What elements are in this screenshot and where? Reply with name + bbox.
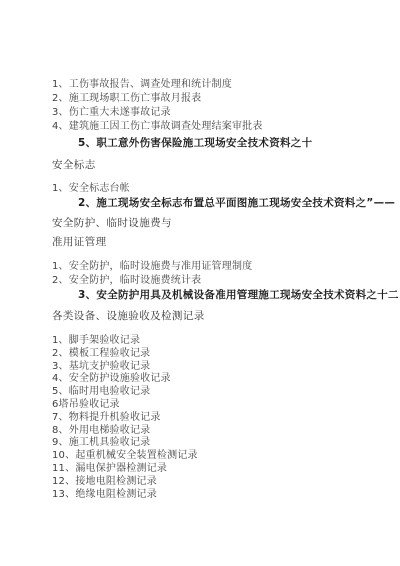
list-item: 9、施工机具验收记录	[52, 437, 376, 450]
list-item: 13、绝缘电阻检测记录	[52, 489, 376, 502]
list-item: 3、基坑支护验收记录	[52, 361, 376, 374]
inspection-record-list: 1、脚手架验收记录 2、模板工程验收记录 3、基坑支护验收记录 4、安全防护设施…	[52, 335, 376, 501]
section-accident-records: 1、工伤事故报告、调查处理和统计制度 2、施工现场职工伤亡事故月报表 3、伤亡重…	[52, 78, 376, 151]
list-item: 1、安全标志台帐	[52, 182, 376, 196]
section-inspection-records: 各类设备、设施验收及检测记录 1、脚手架验收记录 2、模板工程验收记录 3、基坑…	[52, 309, 376, 501]
list-item: 1、工伤事故报告、调查处理和统计制度	[52, 78, 376, 92]
section-heading: 安全标志	[52, 158, 376, 172]
list-item: 12、接地电阻检测记录	[52, 476, 376, 489]
list-item: 11、漏电保护器检测记录	[52, 463, 376, 476]
list-item: 3、伤亡重大未遂事故记录	[52, 106, 376, 120]
document-content: 1、工伤事故报告、调查处理和统计制度 2、施工现场职工伤亡事故月报表 3、伤亡重…	[52, 78, 376, 501]
list-item: 7、物料提升机验收记录	[52, 412, 376, 425]
list-item: 1、安全防护，临时设施费与准用证管理制度	[52, 260, 376, 274]
list-item: 5、临时用电验收记录	[52, 386, 376, 399]
section-permit-management: 安全防护、临时设施费与 准用证管理 1、安全防护，临时设施费与准用证管理制度 2…	[52, 216, 376, 303]
document-page: 1、工伤事故报告、调查处理和统计制度 2、施工现场职工伤亡事故月报表 3、伤亡重…	[0, 0, 400, 566]
list-item: 1、脚手架验收记录	[52, 335, 376, 348]
section-safety-signs: 安全标志 1、安全标志台帐 2、施工现场安全标志布置总平面图施工现场安全技术资料…	[52, 158, 376, 211]
section-heading: 安全防护、临时设施费与	[52, 216, 376, 230]
list-item: 6塔吊验收记录	[52, 399, 376, 412]
list-item: 4、安全防护设施验收记录	[52, 373, 376, 386]
list-item: 2、安全防护，临时设施费统计表	[52, 274, 376, 288]
list-item: 2、模板工程验收记录	[52, 348, 376, 361]
emphasis-line: 3、安全防护用具及机械设备准用管理施工现场安全技术资料之十二	[52, 288, 376, 303]
section-subheading: 准用证管理	[52, 235, 376, 249]
list-item: 10、起重机械安全装置检测记录	[52, 450, 376, 463]
section-heading: 各类设备、设施验收及检测记录	[52, 309, 376, 323]
emphasis-line: 2、施工现场安全标志布置总平面图施工现场安全技术资料之”——	[52, 196, 376, 211]
emphasis-line: 5、职工意外伤害保险施工现场安全技术资料之十	[52, 136, 376, 151]
list-item: 4、建筑施工因工伤亡事故调查处理结案审批表	[52, 120, 376, 134]
list-item: 2、施工现场职工伤亡事故月报表	[52, 92, 376, 106]
list-item: 8、外用电梯验收记录	[52, 425, 376, 438]
